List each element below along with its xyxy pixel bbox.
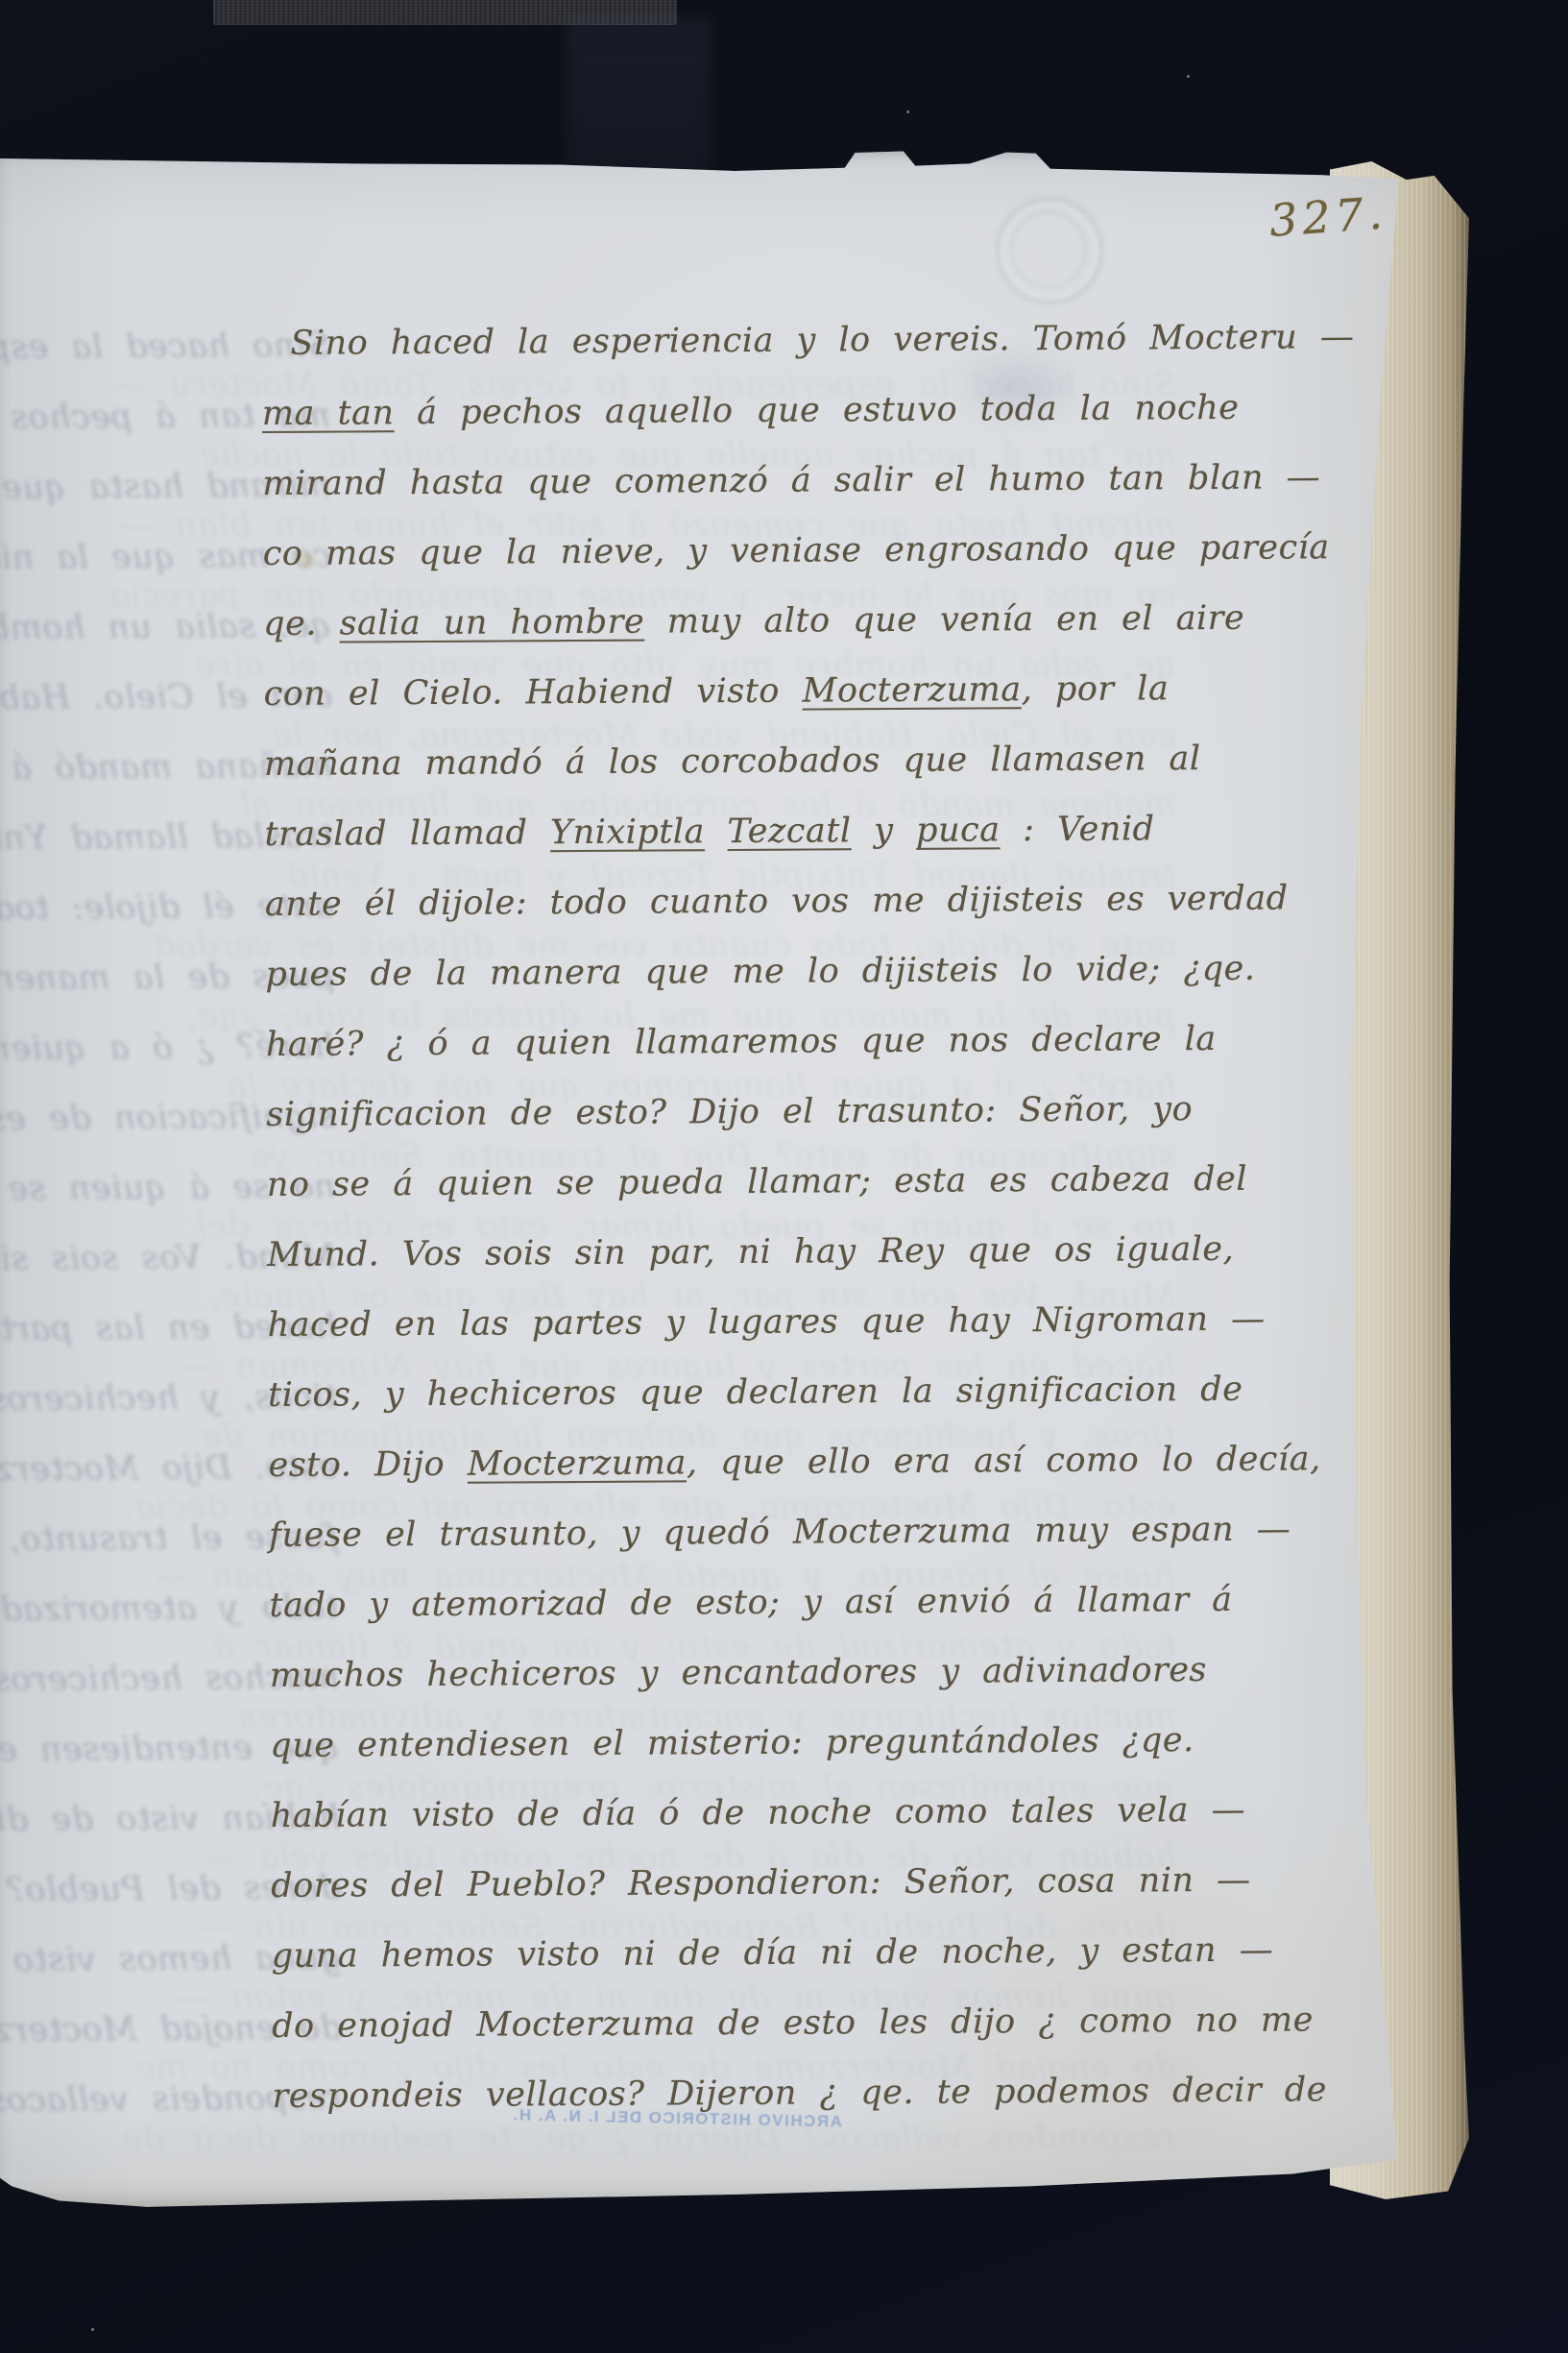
manuscript-line: con el Cielo. Habiend visto Mocterzuma, … bbox=[263, 653, 1382, 730]
manuscript-text: Sino haced la esperiencia y lo vereis. T… bbox=[261, 303, 1391, 2132]
manuscript-line: ticos, y hechiceros que declaren la sign… bbox=[268, 1354, 1387, 1431]
manuscript-line: mañana mandó á los corcobados que llamas… bbox=[264, 723, 1383, 800]
manuscript-line: mirand hasta que comenzó á salir el humo… bbox=[262, 443, 1381, 520]
manuscript-line: Sino haced la esperiencia y lo vereis. T… bbox=[261, 303, 1380, 379]
manuscript-line: qe. salia un hombre muy alto que venía e… bbox=[263, 583, 1382, 660]
embossed-seal bbox=[960, 194, 1138, 304]
manuscript-line: que entendiesen el misterio: preguntándo… bbox=[270, 1705, 1388, 1782]
page-number: 327. bbox=[1267, 185, 1405, 247]
dust-speck bbox=[91, 2328, 94, 2331]
manuscript-line: fuese el trasunto, y quedó Mocterzuma mu… bbox=[269, 1494, 1387, 1571]
manuscript-line: guna hemos visto ni de día ni de noche, … bbox=[271, 1915, 1389, 1992]
manuscript-line: significacion de esto? Dijo el trasunto:… bbox=[266, 1074, 1385, 1151]
manuscript-page: Sino haced la esperiencia y lo vereis. T… bbox=[0, 144, 1469, 2209]
manuscript-line: Mund. Vos sois sin par, ni hay Rey que o… bbox=[267, 1214, 1386, 1291]
manuscript-line: ante él dijole: todo cuanto vos me dijis… bbox=[265, 863, 1384, 940]
archival-photograph: Sino haced la esperiencia y lo vereis. T… bbox=[0, 0, 1568, 2353]
embossed-seal-ring bbox=[997, 198, 1102, 303]
manuscript-line: pues de la manera que me lo dijisteis lo… bbox=[265, 934, 1384, 1010]
embossed-seal-inner-ring bbox=[1010, 211, 1087, 288]
manuscript-line: do enojad Mocterzuma de esto les dijo ¿ … bbox=[272, 1985, 1390, 2062]
manuscript-line: dores del Pueblo? Respondieron: Señor, c… bbox=[271, 1845, 1389, 1922]
manuscript-line: tado y atemorizad de esto; y así envió á… bbox=[269, 1565, 1387, 1641]
dust-speck bbox=[906, 110, 909, 113]
manuscript-line: no se á quien se pueda llamar; esta es c… bbox=[267, 1144, 1386, 1221]
manuscript-line: muchos hechiceros y encantadores y adivi… bbox=[270, 1635, 1388, 1711]
manuscript-line: ma tan á pechos aquello que estuvo toda … bbox=[262, 373, 1381, 449]
dust-speck bbox=[1187, 75, 1190, 78]
manuscript-line: esto. Dijo Mocterzuma, que ello era así … bbox=[268, 1424, 1387, 1501]
manuscript-line: co mas que la nieve, y veniase engrosand… bbox=[263, 513, 1382, 590]
manuscript-line: haced en las partes y lugares que hay Ni… bbox=[267, 1284, 1386, 1361]
manuscript-line: haré? ¿ ó a quien llamaremos que nos dec… bbox=[266, 1004, 1385, 1080]
manuscript-line: traslad llamad Ynixiptla Tezcatl y puca … bbox=[264, 793, 1383, 870]
manuscript-line: habían visto de día ó de noche como tale… bbox=[271, 1775, 1389, 1852]
